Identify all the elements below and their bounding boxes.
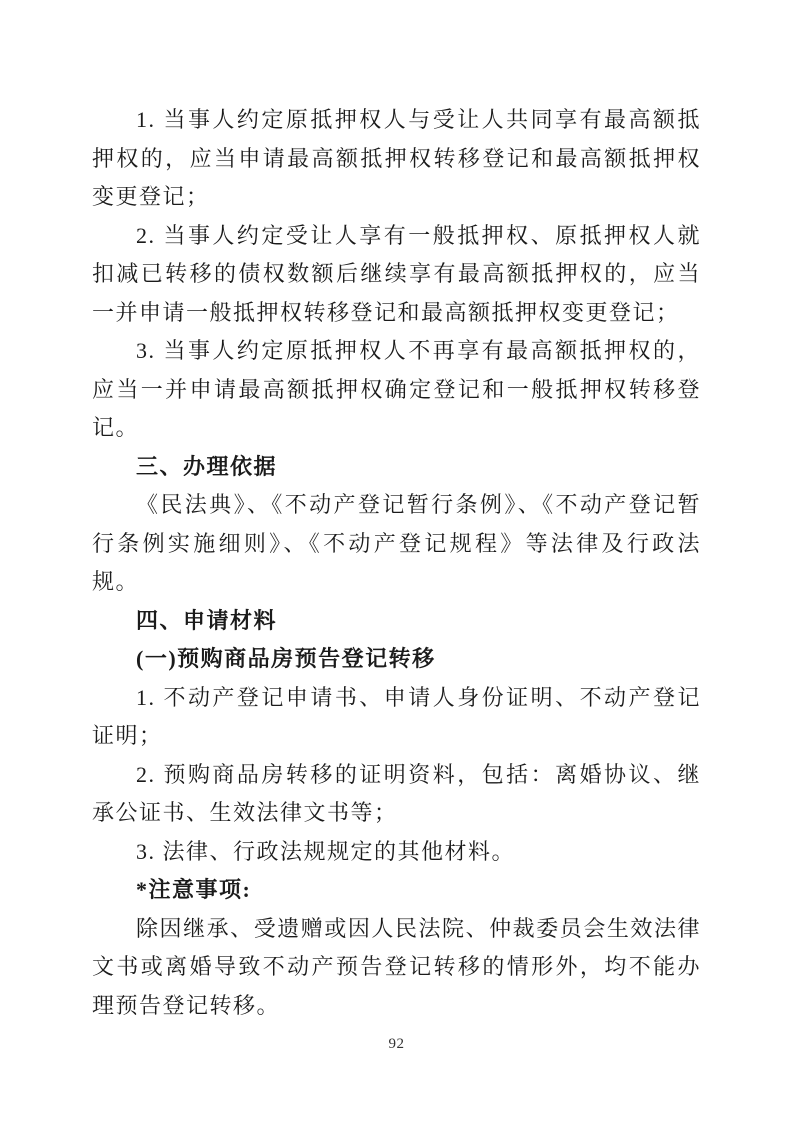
notes-paragraph: 除因继承、受遗赠或因人民法院、仲裁委员会生效法律文书或离婚导致不动产预告登记转移… xyxy=(92,910,701,1026)
material-item-1: 1. 不动产登记申请书、申请人身份证明、不动产登记证明； xyxy=(92,679,701,756)
legal-basis-paragraph: 《民法典》、《不动产登记暂行条例》、《不动产登记暂行条例实施细则》、《不动产登记… xyxy=(92,486,701,602)
material-item-3: 3. 法律、行政法规规定的其他材料。 xyxy=(92,833,701,872)
section-heading-3-handling-basis: 三、办理依据 xyxy=(92,448,701,487)
page-number: 92 xyxy=(0,1036,793,1053)
material-item-2: 2. 预购商品房转移的证明资料，包括：离婚协议、继承公证书、生效法律文书等； xyxy=(92,756,701,833)
list-item-1-joint-max-mortgage: 1. 当事人约定原抵押权人与受让人共同享有最高额抵押权的，应当申请最高额抵押权转… xyxy=(92,101,701,217)
list-item-3-no-longer-max-mortgage: 3. 当事人约定原抵押权人不再享有最高额抵押权的，应当一并申请最高额抵押权确定登… xyxy=(92,332,701,448)
section-heading-4-application-materials: 四、申请材料 xyxy=(92,602,701,641)
notes-heading: *注意事项: xyxy=(92,871,701,910)
list-item-2-general-mortgage-split: 2. 当事人约定受让人享有一般抵押权、原抵押权人就扣减已转移的债权数额后继续享有… xyxy=(92,217,701,333)
document-page: 1. 当事人约定原抵押权人与受让人共同享有最高额抵押权的，应当申请最高额抵押权转… xyxy=(0,0,793,1122)
document-body: 1. 当事人约定原抵押权人与受让人共同享有最高额抵押权的，应当申请最高额抵押权转… xyxy=(92,101,701,1025)
subsection-heading-1-presale-transfer: (一)预购商品房预告登记转移 xyxy=(92,640,701,679)
